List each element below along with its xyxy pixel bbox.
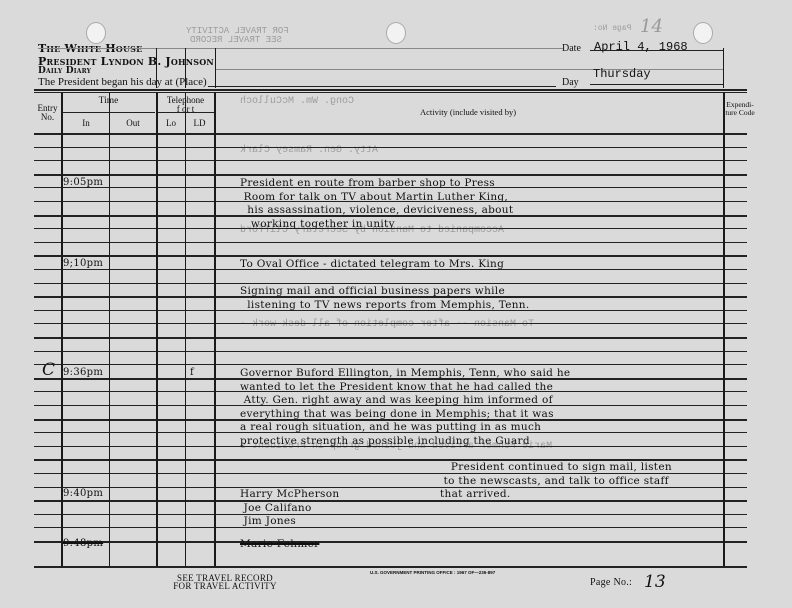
col-activity: Activity (include visited by): [214, 107, 722, 117]
column-rule: [214, 92, 216, 566]
place-label: The President began his day at (Place): [38, 76, 207, 88]
bleedthrough-page-no: Page No:: [593, 24, 631, 33]
bleedthrough-text: To Mansion -- after completion of all de…: [240, 319, 534, 330]
row-rule: [34, 147, 747, 148]
day-underline: [590, 84, 723, 85]
printer-imprint: U.S. GOVERNMENT PRINTING OFFICE : 1967 O…: [370, 570, 495, 575]
punch-hole: [386, 22, 406, 44]
row-rule: [34, 174, 747, 176]
row-rule: [34, 255, 747, 257]
entry-activity-line: Jim Jones: [240, 515, 296, 527]
punch-hole: [693, 22, 713, 44]
row-rule: [34, 527, 747, 528]
travel-note-line2: FOR TRAVEL ACTIVITY: [150, 581, 300, 591]
entry-time-in: 9;10pm: [63, 258, 103, 269]
entry-time-in: 9:40pm: [63, 488, 103, 499]
header-divider: [215, 48, 216, 88]
col-entry-no: Entry No.: [34, 104, 61, 122]
handwritten-c-mark: C: [42, 360, 55, 380]
entry-activity-line: Marie Fehmer: [240, 538, 319, 550]
row-rule: [34, 160, 747, 161]
entry-time-in: 9:48pm: [63, 538, 103, 549]
row-rule: [34, 133, 747, 135]
day-label: Day: [562, 77, 579, 88]
bleedthrough-page-number: 14: [640, 16, 663, 37]
entry-activity-line: wanted to let the President know that he…: [240, 381, 553, 393]
entry-activity-line: protective strength as possible includin…: [240, 435, 530, 447]
entry-activity-line: his assassination, violence, devicivenes…: [240, 204, 513, 216]
diary-title: Daily Diary: [38, 66, 91, 76]
row-rule: [34, 323, 747, 324]
entry-activity-line: Joe Califano: [240, 502, 312, 514]
header-divider: [185, 48, 186, 88]
table-bottom-rule: [34, 566, 747, 568]
row-rule: [34, 500, 747, 502]
column-rule: [156, 92, 158, 566]
entry-activity-line: Room for talk on TV about Martin Luther …: [240, 191, 508, 203]
entry-activity-line: that arrived.: [440, 488, 511, 500]
column-rule: [109, 92, 110, 566]
row-rule: [34, 487, 747, 488]
row-rule: [34, 242, 747, 243]
punch-hole: [86, 22, 106, 44]
bleedthrough-text: Cong. Wm. McCulloch: [240, 96, 354, 107]
header-divider: [723, 48, 724, 88]
entry-activity-line: To Oval Office - dictated telegram to Mr…: [240, 258, 504, 270]
day-value: Thursday: [593, 67, 651, 81]
col-expenditure: Expendi-ture Code: [725, 101, 755, 117]
entry-activity-line: Signing mail and official business paper…: [240, 285, 505, 297]
col-time-in: In: [62, 118, 110, 128]
header-rule: [38, 48, 563, 49]
date-label: Date: [562, 43, 581, 54]
header-divider: [156, 48, 157, 88]
entry-activity-line: Harry McPherson: [240, 488, 339, 500]
bleedthrough-stamp: SEE TRAVEL RECORD: [190, 35, 282, 45]
page-no-value: 13: [644, 572, 666, 592]
entry-time-in: 9:36pm: [63, 367, 103, 378]
col-tel-ld: LD: [185, 118, 214, 128]
entry-activity-line: President continued to sign mail, listen: [440, 461, 672, 473]
entry-activity-line: everything that was being done in Memphi…: [240, 408, 554, 420]
col-time-out: Out: [110, 118, 156, 128]
col-tel-lo: Lo: [157, 118, 185, 128]
entry-telephone-flag: f: [190, 367, 194, 378]
entry-activity-line: working together in unity: [240, 218, 395, 230]
entry-activity-line: Governor Buford Ellington, in Memphis, T…: [240, 367, 570, 379]
page-no-label: Page No.:: [590, 577, 632, 588]
entry-activity-line: President en route from barber shop to P…: [240, 177, 495, 189]
row-rule: [34, 283, 747, 284]
entry-activity-line: listening to TV news reports from Memphi…: [240, 299, 530, 311]
entry-activity-line: a real rough situation, and he was putti…: [240, 421, 541, 433]
place-underline: [208, 86, 556, 87]
entry-activity-line: to the newscasts, and talk to office sta…: [440, 475, 669, 487]
row-rule: [34, 337, 747, 339]
entry-activity-line: Atty. Gen. right away and was keeping hi…: [240, 394, 553, 406]
date-value: April 4, 1968: [594, 40, 688, 54]
row-rule: [34, 541, 747, 543]
row-rule: [34, 351, 747, 352]
row-rule: [34, 364, 747, 365]
column-rule: [185, 92, 186, 566]
entry-time-in: 9:05pm: [63, 177, 103, 188]
row-rule: [34, 514, 747, 515]
column-rule: [723, 92, 725, 566]
table-top-rule: [34, 89, 747, 91]
table-top-rule: [34, 92, 747, 93]
diary-page: FOR TRAVEL ACTIVITY SEE TRAVEL RECORD Th…: [0, 0, 792, 608]
